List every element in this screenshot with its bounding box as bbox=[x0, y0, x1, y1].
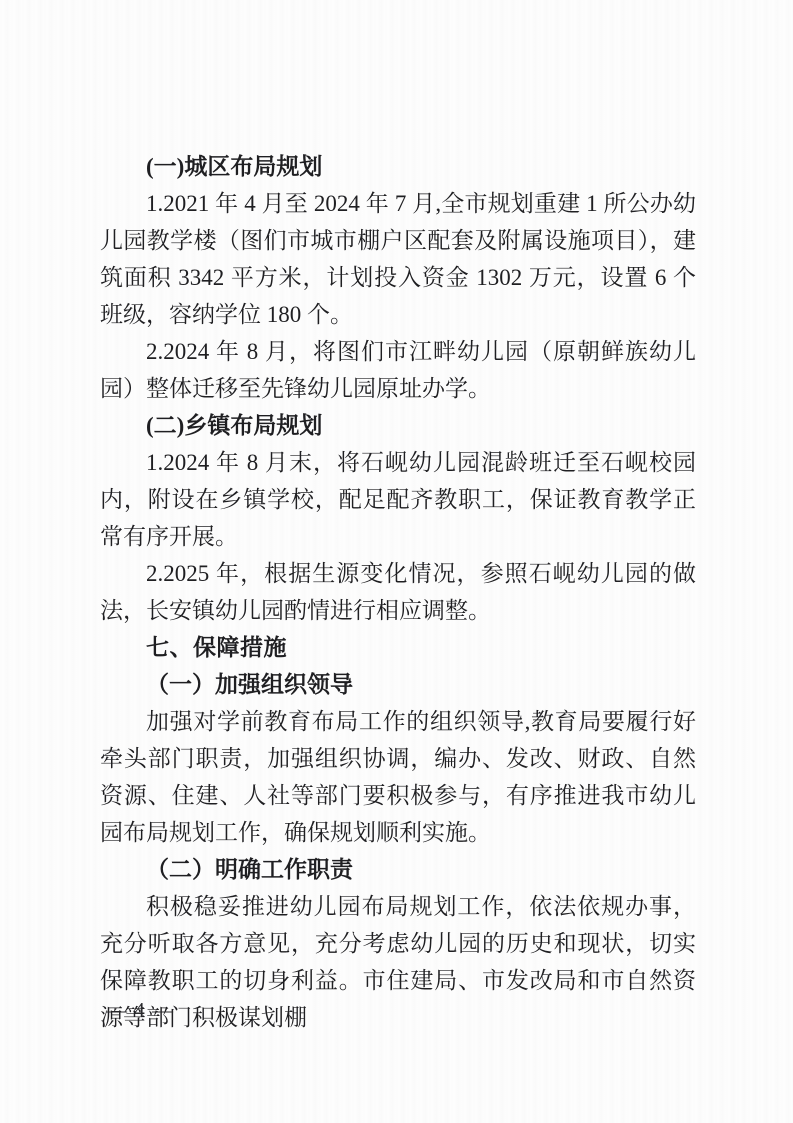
heading-safeguard-measures: 七、保障措施 bbox=[100, 629, 696, 666]
heading-township-layout-plan: (二)乡镇布局规划 bbox=[100, 407, 696, 444]
paragraph-clarify-responsibilities: 积极稳妥推进幼儿园布局规划工作，依法依规办事，充分听取各方意见，充分考虑幼儿园的… bbox=[100, 888, 696, 1036]
heading-urban-layout-plan: (一)城区布局规划 bbox=[100, 148, 696, 185]
document-body: (一)城区布局规划1.2021 年 4 月至 2024 年 7 月,全市规划重建… bbox=[100, 148, 696, 1036]
paragraph-strengthen-leadership: 加强对学前教育布局工作的组织领导,教育局要履行好牵头部门职责，加强组织协调，编办… bbox=[100, 703, 696, 851]
paragraph-urban-item-1: 1.2021 年 4 月至 2024 年 7 月,全市规划重建 1 所公办幼儿园… bbox=[100, 185, 696, 333]
document-page: (一)城区布局规划1.2021 年 4 月至 2024 年 7 月,全市规划重建… bbox=[0, 0, 793, 1123]
heading-clarify-responsibilities: （二）明确工作职责 bbox=[100, 851, 696, 888]
paragraph-township-item-1: 1.2024 年 8 月末，将石岘幼儿园混龄班迁至石岘校园内，附设在乡镇学校，配… bbox=[100, 444, 696, 555]
paragraph-township-item-2: 2.2025 年，根据生源变化情况，参照石岘幼儿园的做法，长安镇幼儿园酌情进行相… bbox=[100, 555, 696, 629]
heading-strengthen-leadership: （一）加强组织领导 bbox=[100, 666, 696, 703]
paragraph-urban-item-2: 2.2024 年 8 月，将图们市江畔幼儿园（原朝鲜族幼儿园）整体迁移至先锋幼儿… bbox=[100, 333, 696, 407]
page-number: — 4 — bbox=[106, 994, 174, 1026]
